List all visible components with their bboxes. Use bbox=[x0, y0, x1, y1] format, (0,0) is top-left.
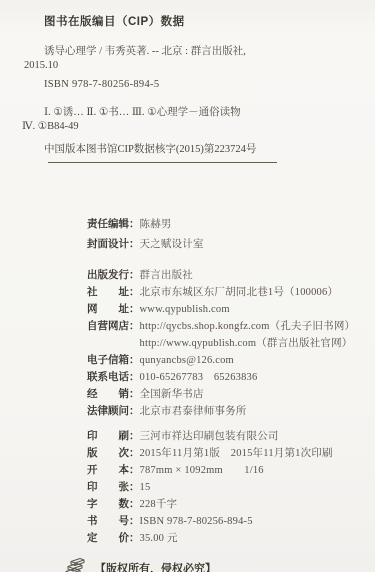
publication-row: 电子信箱：qunyancbs@126.com bbox=[87, 352, 375, 369]
field-value: 陈赫男 bbox=[140, 219, 172, 230]
field-value: 全国新华书店 bbox=[140, 389, 204, 400]
field-label: 字 数： bbox=[87, 496, 140, 512]
field-value: 787mm × 1092mm 1/16 bbox=[140, 465, 264, 476]
field-value: http://www.qypublish.com（群言出版社官网） bbox=[140, 338, 353, 349]
field-label: 经 销： bbox=[87, 386, 140, 403]
field-value: 三河市祥达印刷包装有限公司 bbox=[140, 431, 279, 442]
field-label: 电子信箱： bbox=[87, 352, 140, 369]
field-value: 天之赋设计室 bbox=[140, 239, 204, 250]
field-value: 228千字 bbox=[140, 499, 178, 510]
printing-row: 字 数：228千字 bbox=[87, 496, 375, 513]
book-copyright-page: 图书在版编目（CIP）数据 诱导心理学 / 韦秀英著. -- 北京 : 群言出版… bbox=[0, 0, 375, 572]
cip-class-line2: Ⅳ. ①B84-49 bbox=[22, 120, 355, 134]
publication-row: 经 销：全国新华书店 bbox=[87, 386, 375, 403]
printing-row: 印 刷：三河市祥达印刷包装有限公司 bbox=[87, 428, 375, 445]
field-label: 联系电话： bbox=[87, 369, 140, 386]
field-label: 出版发行： bbox=[87, 267, 140, 284]
printing-row: 定 价：35.00 元 bbox=[87, 530, 375, 547]
printing-row: 开 本：787mm × 1092mm 1/16 bbox=[87, 462, 375, 479]
credit-row: 责任编辑：陈赫男 bbox=[87, 215, 375, 235]
credit-row: 封面设计：天之赋设计室 bbox=[87, 235, 375, 255]
publication-row: 网 址：www.qypublish.com bbox=[87, 301, 375, 318]
field-value: http://qycbs.shop.kongfz.com（孔夫子旧书网） bbox=[140, 321, 356, 332]
cip-isbn: ISBN 978-7-80256-894-5 bbox=[44, 78, 375, 91]
copyright-notice: 【版权所有，侵权必究】 bbox=[95, 560, 216, 572]
publication-section: 出版发行：群言出版社 社 址：北京市东城区东厂胡同北巷1号（100006） 网 … bbox=[87, 267, 375, 420]
field-value: www.qypublish.com bbox=[140, 304, 230, 315]
printing-row: 书 号：ISBN 978-7-80256-894-5 bbox=[87, 513, 375, 530]
field-label: 开 本： bbox=[87, 462, 140, 478]
field-label: 定 价： bbox=[87, 530, 140, 546]
field-label: 自营网店： bbox=[87, 318, 140, 335]
divider-rule bbox=[48, 162, 277, 163]
field-label: 印 张： bbox=[87, 479, 140, 495]
publication-row: 联系电话：010-65267783 65263836 bbox=[87, 369, 375, 386]
field-label: 网 址： bbox=[87, 301, 140, 318]
printing-section: 印 刷：三河市祥达印刷包装有限公司 版 次：2015年11月第1版 2015年1… bbox=[87, 428, 375, 547]
publication-row: 自营网店：http://qycbs.shop.kongfz.com（孔夫子旧书网… bbox=[87, 318, 375, 335]
cip-entry-line2: 2015.10 bbox=[24, 59, 355, 73]
field-value: 北京市君泰律师事务所 bbox=[140, 406, 247, 417]
cip-entry-line1: 诱导心理学 / 韦秀英著. -- 北京 : 群言出版社, bbox=[24, 45, 355, 59]
copyright-notice-row: 【版权所有，侵权必究】 bbox=[64, 556, 375, 572]
field-label: 书 号： bbox=[87, 513, 140, 529]
cip-entry: 诱导心理学 / 韦秀英著. -- 北京 : 群言出版社, 2015.10 bbox=[24, 45, 355, 72]
field-value: 15 bbox=[140, 482, 151, 493]
publication-row: 社 址：北京市东城区东厂胡同北巷1号（100006） bbox=[87, 284, 375, 301]
cip-class-line1: Ⅰ. ①诱… Ⅱ. ①书… Ⅲ. ①心理学－通俗读物 bbox=[44, 106, 355, 120]
field-value: ISBN 978-7-80256-894-5 bbox=[140, 516, 253, 527]
field-label: 封面设计： bbox=[87, 235, 140, 255]
field-label: 印 刷： bbox=[87, 428, 140, 444]
printing-row: 版 次：2015年11月第1版 2015年11月第1次印刷 bbox=[87, 445, 375, 462]
field-label: 社 址： bbox=[87, 284, 140, 301]
cip-classification: Ⅰ. ①诱… Ⅱ. ①书… Ⅲ. ①心理学－通俗读物 Ⅳ. ①B84-49 bbox=[22, 106, 355, 133]
credits-section: 责任编辑：陈赫男 封面设计：天之赋设计室 bbox=[87, 215, 375, 254]
field-label: 责任编辑： bbox=[87, 215, 140, 235]
field-value: 2015年11月第1版 2015年11月第1次印刷 bbox=[140, 448, 333, 459]
field-value: 010-65267783 65263836 bbox=[140, 372, 258, 383]
field-value: qunyancbs@126.com bbox=[140, 355, 234, 366]
field-value: 群言出版社 bbox=[140, 270, 194, 281]
publication-row-continuation: http://www.qypublish.com（群言出版社官网） bbox=[87, 335, 375, 352]
field-value: 北京市东城区东厂胡同北巷1号（100006） bbox=[140, 287, 339, 298]
field-label: 版 次： bbox=[87, 445, 140, 461]
publication-row: 法律顾问：北京市君泰律师事务所 bbox=[87, 403, 375, 420]
stacked-books-icon bbox=[64, 556, 90, 572]
publication-row: 出版发行：群言出版社 bbox=[87, 267, 375, 284]
field-value: 35.00 元 bbox=[140, 533, 178, 544]
field-label: 法律顾问： bbox=[87, 403, 140, 420]
printing-row: 印 张：15 bbox=[87, 479, 375, 496]
cip-record-number: 中国版本图书馆CIP数据核字(2015)第223724号 bbox=[44, 143, 375, 156]
cip-heading: 图书在版编目（CIP）数据 bbox=[44, 0, 375, 29]
